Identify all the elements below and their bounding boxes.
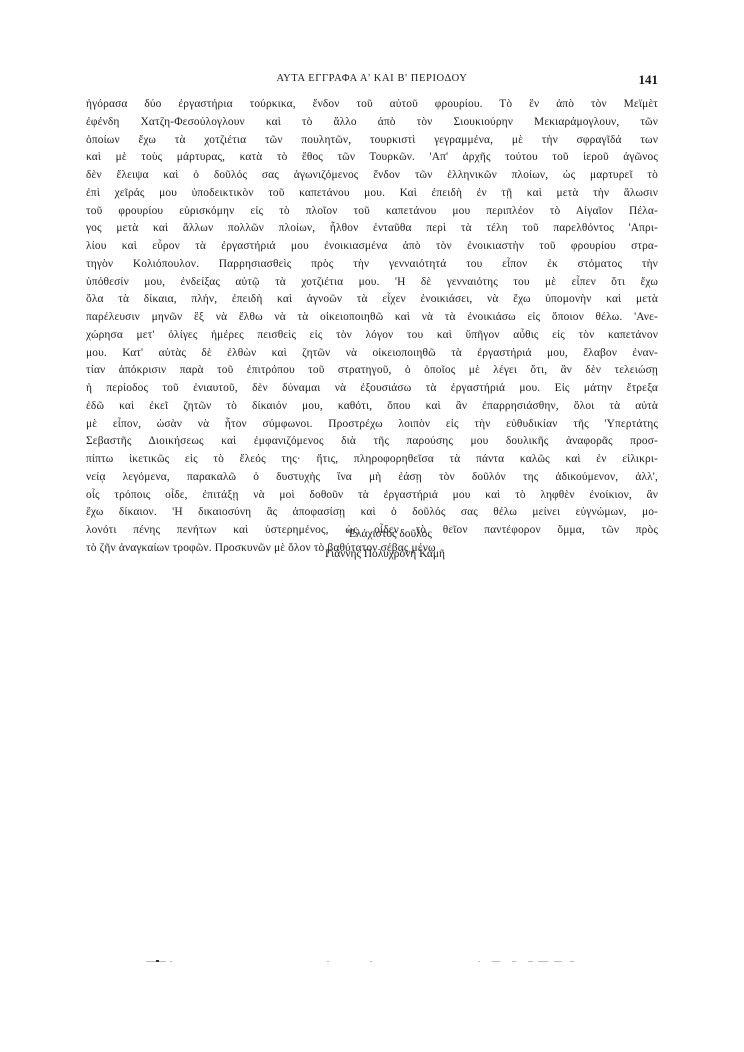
scan-mark [570,961,574,962]
scan-mark [492,961,500,962]
text-line: ὑπόθεσίν μου, ἐνδείξας αὐτῷ τὰ χοτζιέτια… [86,274,658,292]
text-line: τίαν ἀπόκρισιν παρὰ τοῦ ἐπιτρόπου τοῦ στ… [86,362,658,380]
page-number: 141 [639,72,659,88]
text-line: νείᾳ λεγόμενα, παρακαλῶ ὁ δυστυχὴς ἵνα μ… [86,469,658,487]
scan-artifacts [140,960,580,964]
text-line: παρέλευσιν μηνῶν ἓξ νὰ ἔλθω νὰ τὰ οἰκειο… [86,309,658,327]
scan-mark [478,961,480,962]
text-line: ἐδῶ καὶ ἐκεῖ ζητῶν τὸ δίκαιόν μου, καθότ… [86,398,658,416]
text-line: καὶ μὲ τοὺς μάρτυρας, κατὰ τὸ ἔθος τῶν Τ… [86,149,658,167]
scan-mark [370,961,372,962]
text-line: πίπτω ἱκετικῶς εἰς τὸ ἔλεός της· ἥτις, π… [86,451,658,469]
text-line: ἐφένδη Χατζη-Φεσούλογλουν καὶ τὸ ἄλλο ἀπ… [86,114,658,132]
scan-mark [327,961,329,962]
text-line: μου. Κατ' αὐτὰς δὲ ἐλθὼν καὶ ζητῶν νὰ οἰ… [86,345,658,363]
scan-mark [156,960,159,962]
text-line: γος μετὰ καὶ ἄλλων πολλῶν πλοίων, ἦλθον … [86,220,658,238]
document-page: ΑΥΤΑ ΕΓΓΡΑΦΑ Α' ΚΑΙ Β' ΠΕΡΙΟΔΟΥ 141 ἠγόρ… [0,0,744,1052]
running-head: ΑΥΤΑ ΕΓΓΡΑΦΑ Α' ΚΑΙ Β' ΠΕΡΙΟΔΟΥ 141 [86,73,658,89]
text-line: Σεβαστῆς Διοικήσεως καὶ ἐμφανιζόμενος δι… [86,433,658,451]
text-line: ὅλα τὰ δίκαια, πλήν, ἐπειδὴ καὶ ἀγνοῶν τ… [86,291,658,309]
text-line: λίου καὶ εὗρον τὰ ἐργαστήριά μου ἐνοικια… [86,238,658,256]
text-line: τηγὸν Κολιόπουλον. Παρρησιασθεὶς πρὸς τὴ… [86,256,658,274]
text-line: ἡ περίοδος τοῦ ἐνιαυτοῦ, δὲν δύναμαι νὰ … [86,380,658,398]
scan-mark [538,961,548,962]
text-line: οἷς τρόποις οἶδε, ἐπιτάξῃ νὰ μοὶ δοθοῦν … [86,487,658,505]
scan-mark [554,961,562,962]
text-line: ἐπὶ χεῖράς μου ὑποδεικτικὸν τοῦ καπετάνο… [86,185,658,203]
text-line: ὁποίων ἔχω τὰ χοτζιέτια τῶν πουλητῶν, το… [86,132,658,150]
text-line: τοῦ φρουρίου εὑρισκόμην εἰς τὸ πλοῖον το… [86,203,658,221]
text-line: χώρησα μετ' ὀλίγες ἡμέρες πεισθεὶς εἰς τ… [86,327,658,345]
scan-mark [170,961,172,962]
scan-mark [528,961,533,962]
signature-name: Γιάννης Πολυχρόνη Καμῆ [325,548,744,560]
letter-body: ἠγόρασα δύο ἐργαστήρια τούρκικα, ἔνδον τ… [86,96,658,558]
scan-mark [512,961,516,962]
text-line: δὲν ἔλειψα καὶ ὁ δοῦλός σας ἀγωνιζόμενος… [86,167,658,185]
text-line: ἔχω δίκαιον. 'Η δικαιοσύνη ἂς ἀποφασίσῃ … [86,504,658,522]
text-line: μὲ εἶπον, ὡσὰν νὰ ἦτον σύμφωνοι. Προστρέ… [86,416,658,434]
running-title: ΑΥΤΑ ΕΓΓΡΑΦΑ Α' ΚΑΙ Β' ΠΕΡΙΟΔΟΥ [86,73,658,84]
text-line: ἠγόρασα δύο ἐργαστήρια τούρκικα, ἔνδον τ… [86,96,658,114]
signature-closing: 'Ελάχιστος δοῦλος [347,528,744,540]
